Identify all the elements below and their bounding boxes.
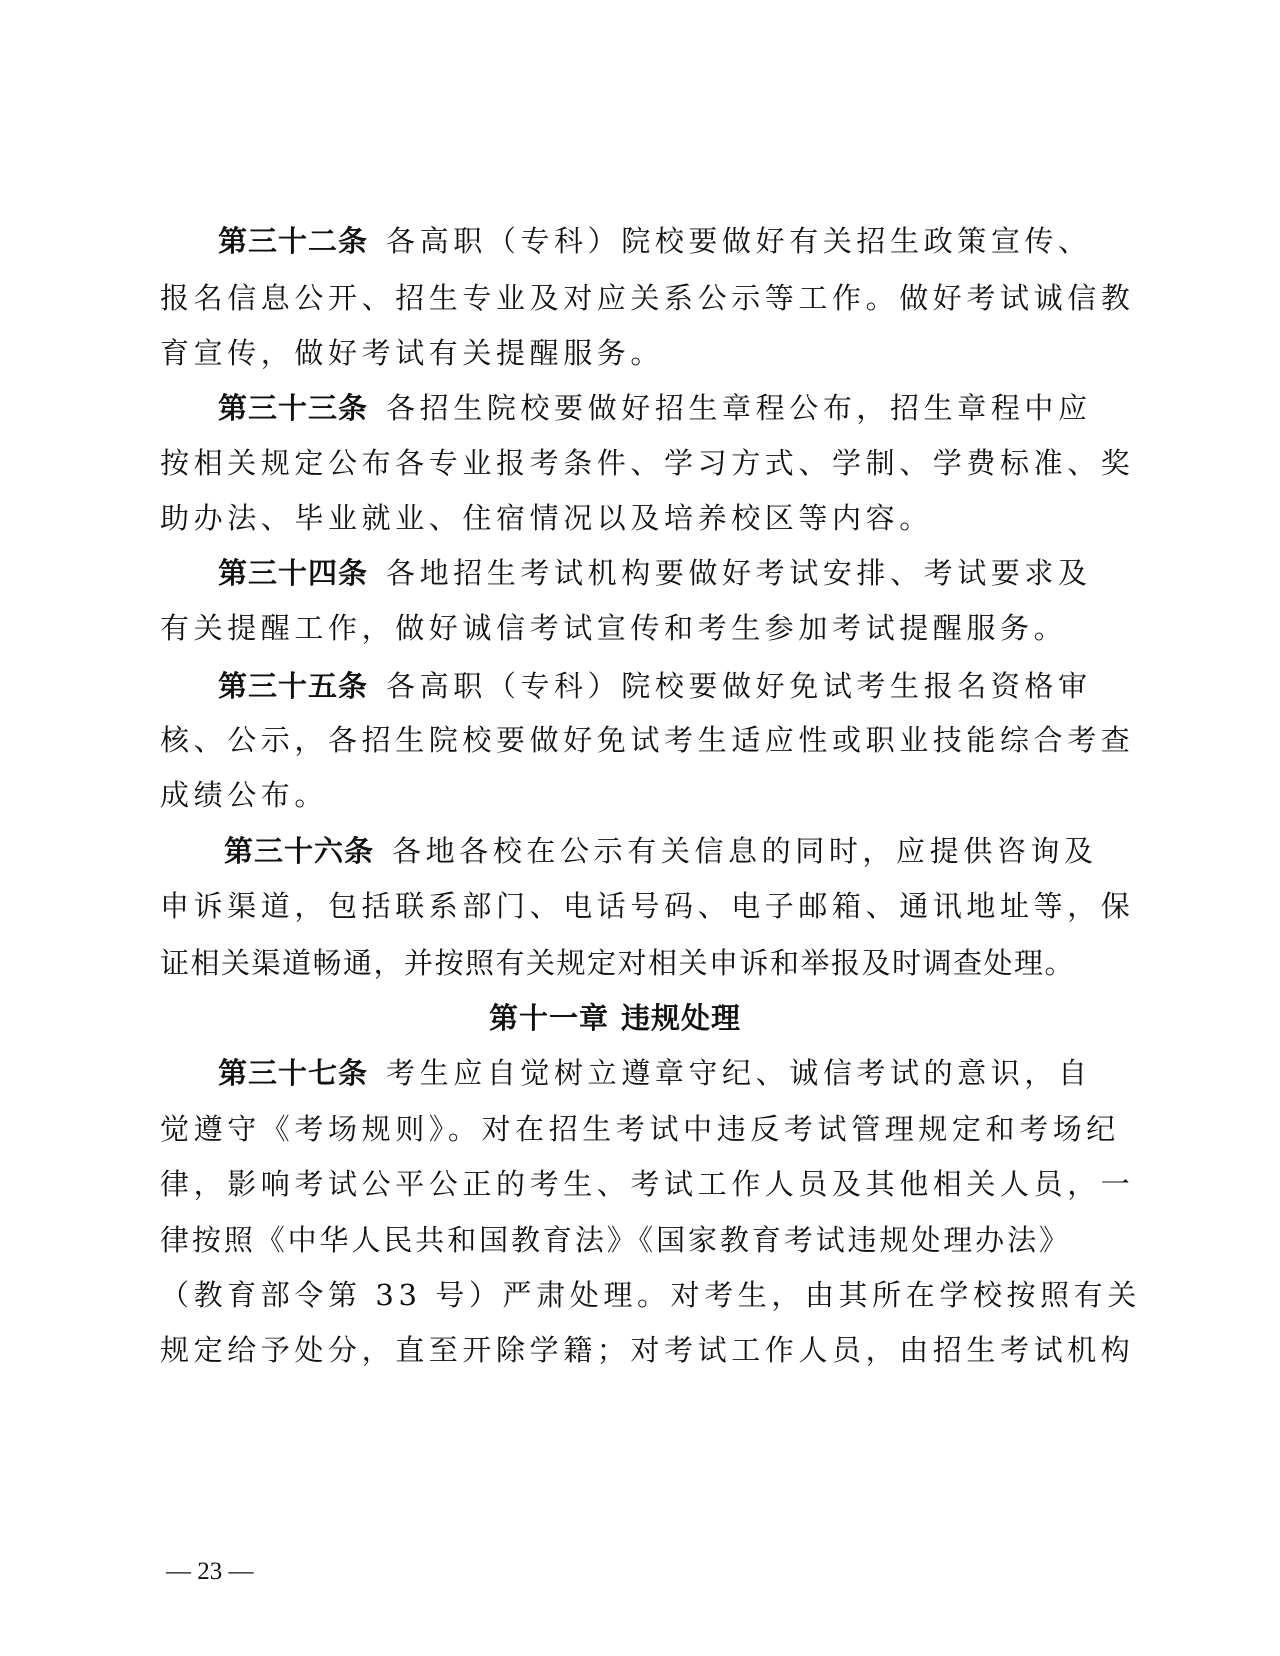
article-35-line-3: 成绩公布。	[160, 775, 1070, 815]
article-37-line-3: 律，影响考试公平公正的考生、考试工作人员及其他相关人员，一	[160, 1164, 1070, 1204]
article-heading: 第三十三条	[218, 391, 368, 425]
article-35-line-1: 第三十五条各高职（专科）院校要做好免试考生报名资格审	[160, 666, 1070, 706]
article-37-line-5: （教育部令第 33 号）严肃处理。对考生，由其所在学校按照有关	[160, 1275, 1070, 1315]
article-heading: 第三十七条	[218, 1056, 368, 1090]
article-33-line-2: 按相关规定公布各专业报考条件、学习方式、学制、学费标准、奖	[160, 443, 1070, 483]
article-33-line-3: 助办法、毕业就业、住宿情况以及培养校区等内容。	[160, 498, 1070, 538]
article-36-line-2: 申诉渠道，包括联系部门、电话号码、电子邮箱、通讯地址等，保	[160, 886, 1070, 926]
article-35-line-2: 核、公示，各招生院校要做好免试考生适应性或职业技能综合考查	[160, 720, 1070, 760]
article-heading: 第三十五条	[218, 669, 368, 703]
chapter-title: 违规处理	[621, 1001, 741, 1035]
article-heading: 第三十六条	[224, 834, 374, 868]
chapter-number: 第十一章	[489, 1001, 609, 1035]
article-34-line-2: 有关提醒工作，做好诚信考试宣传和考生参加考试提醒服务。	[160, 608, 1070, 648]
chapter-heading: 第十一章违规处理	[160, 998, 1070, 1038]
article-37-line-2: 觉遵守《考场规则》。对在招生考试中违反考试管理规定和考场纪	[160, 1109, 1070, 1149]
article-heading: 第三十四条	[218, 556, 368, 590]
article-34-line-1: 第三十四条各地招生考试机构要做好考试安排、考试要求及	[160, 553, 1070, 593]
article-37-line-1: 第三十七条考生应自觉树立遵章守纪、诚信考试的意识，自	[160, 1053, 1070, 1093]
article-heading: 第三十二条	[218, 224, 368, 258]
document-page: 第三十二条各高职（专科）院校要做好有关招生政策宣传、 报名信息公开、招生专业及对…	[0, 0, 1280, 1656]
article-32-line-2: 报名信息公开、招生专业及对应关系公示等工作。做好考试诚信教	[160, 278, 1070, 318]
article-33-line-1: 第三十三条各招生院校要做好招生章程公布，招生章程中应	[160, 388, 1070, 428]
article-36-line-3: 证相关渠道畅通，并按照有关规定对相关申诉和举报及时调查处理。	[160, 943, 1070, 983]
article-37-line-4: 律按照《中华人民共和国教育法》《国家教育考试违规处理办法》	[160, 1220, 1070, 1260]
article-37-line-6: 规定给予处分，直至开除学籍；对考试工作人员，由招生考试机构	[160, 1330, 1070, 1370]
article-32-line-1: 第三十二条各高职（专科）院校要做好有关招生政策宣传、	[160, 221, 1070, 261]
page-number: — 23 —	[166, 1556, 254, 1588]
article-36-line-1: 第三十六条各地各校在公示有关信息的同时，应提供咨询及	[160, 831, 1070, 871]
article-32-line-3: 育宣传，做好考试有关提醒服务。	[160, 333, 1070, 373]
